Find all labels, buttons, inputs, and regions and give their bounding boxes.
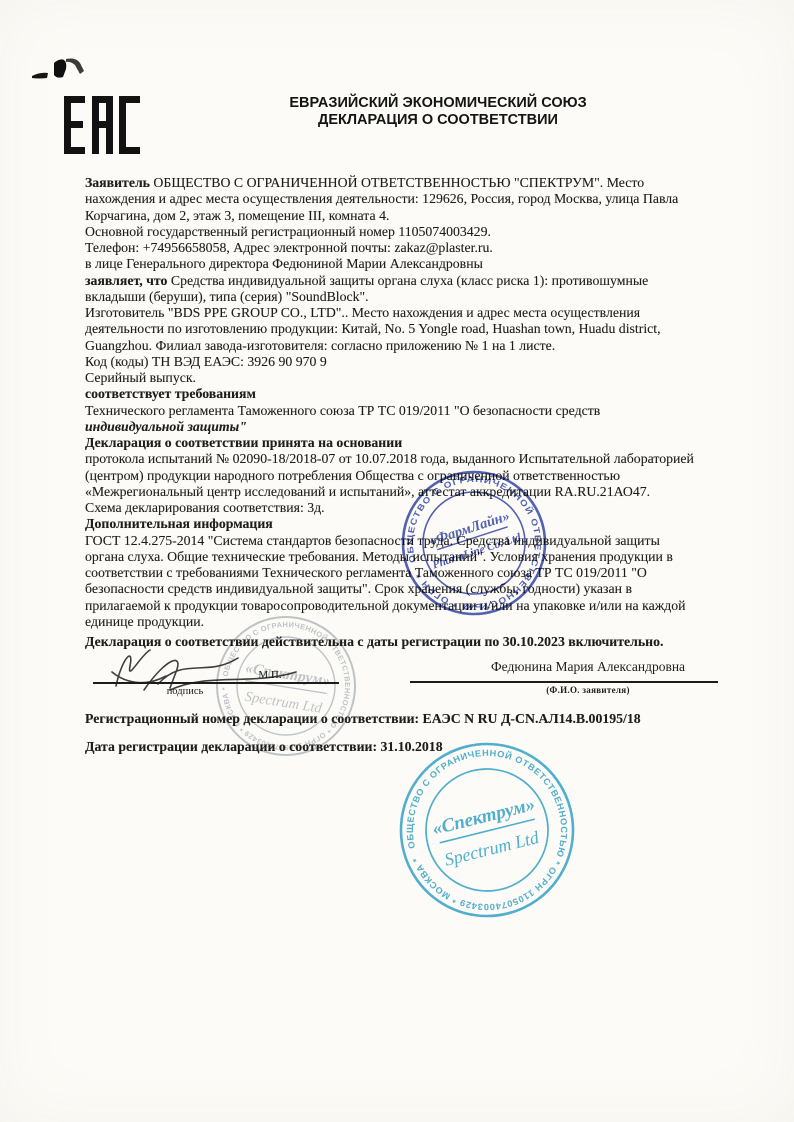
signature-caption: подпись [140,686,230,697]
scan-artifact [18,55,118,100]
applicant-name-line [410,681,718,683]
body-line: в лице Генерального директора Федюниной … [85,256,740,272]
stamp-place-label: М.П. [240,669,300,681]
body-line: индивидуальной защиты" [85,419,740,435]
body-line: Корчагина, дом 2, этаж 3, помещение III,… [85,208,740,224]
svg-text:ОБЩЕСТВО С ОГРАНИЧЕННОЙ ОТВЕТС: ОБЩЕСТВО С ОГРАНИЧЕННОЙ ОТВЕТСТВЕННОСТЬЮ… [387,731,586,930]
signature-line [93,682,339,684]
body-line: деятельности по изготовлению продукции: … [85,321,740,337]
body-line: прилагаемой к продукции товаросопроводит… [85,598,740,614]
title-line-union: ЕВРАЗИЙСКИЙ ЭКОНОМИЧЕСКИЙ СОЮЗ [238,95,638,112]
body-line: Заявитель ОБЩЕСТВО С ОГРАНИЧЕННОЙ ОТВЕТС… [85,175,740,191]
eac-logo [64,96,140,154]
body-line: Декларация о соответствии принята на осн… [85,435,740,451]
applicant-name: Федюнина Мария Александровна [438,659,738,675]
body-line: единице продукции. [85,614,740,630]
body-line: заявляет, что Средства индивидуальной за… [85,273,740,289]
stamp-ring-text: ОБЩЕСТВО С ОГРАНИЧЕННОЙ ОТВЕТСТВЕННОСТЬЮ… [387,731,586,930]
title-line-declaration: ДЕКЛАРАЦИЯ О СООТВЕТСТВИИ [238,112,638,129]
body-line: протокола испытаний № 02090-18/2018-07 о… [85,451,740,467]
document-title: ЕВРАЗИЙСКИЙ ЭКОНОМИЧЕСКИЙ СОЮЗ ДЕКЛАРАЦИ… [238,95,638,129]
body-line: нахождения и адрес места осуществления д… [85,191,740,207]
fio-caption: (Ф.И.О. заявителя) [458,685,718,695]
body-line: Телефон: +74956658058, Адрес электронной… [85,240,740,256]
body-line: соответствует требованиям [85,386,740,402]
body-line: Серийный выпуск. [85,370,740,386]
body-line: Основной государственный регистрационный… [85,224,740,240]
body-line: Изготовитель "BDS PPE GROUP CO., LTD".. … [85,305,740,321]
body-line: Технического регламента Таможенного союз… [85,403,740,419]
body-line: Код (коды) ТН ВЭД ЕАЭС: 3926 90 970 9 [85,354,740,370]
registration-date: Дата регистрации декларации о соответств… [85,739,443,755]
body-line: (центром) продукции народного потреблени… [85,468,740,484]
document-page: ЕВРАЗИЙСКИЙ ЭКОНОМИЧЕСКИЙ СОЮЗ ДЕКЛАРАЦИ… [0,0,794,1122]
body-line: вкладыши (беруши), типа (серия) "SoundBl… [85,289,740,305]
body-line: Guangzhou. Филиал завода-изготовителя: с… [85,338,740,354]
